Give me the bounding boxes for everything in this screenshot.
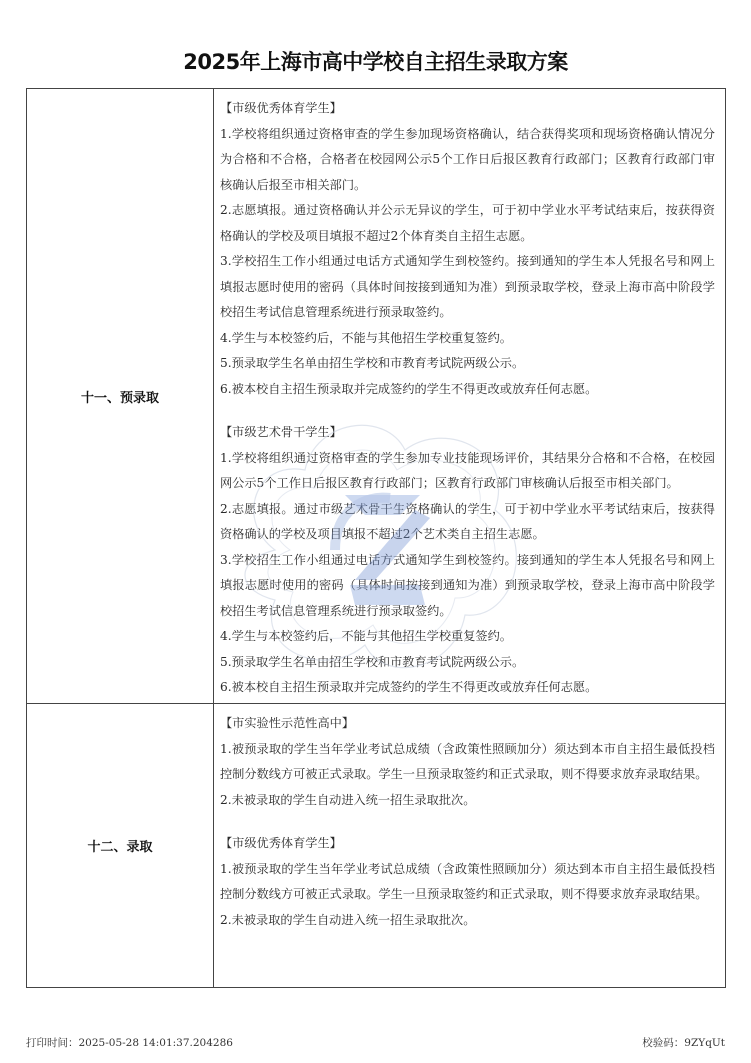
list-item: 1.被预录取的学生当年学业考试总成绩（含政策性照顾加分）须达到本市自主招生最低投… (220, 737, 715, 788)
row-label: 十二、录取 (27, 704, 214, 987)
list-item: 4.学生与本校签约后，不能与其他招生学校重复签约。 (220, 326, 715, 352)
list-item: 4.学生与本校签约后，不能与其他招生学校重复签约。 (220, 624, 715, 650)
row-content: 【市级优秀体育学生】 1.学校将组织通过资格审查的学生参加现场资格确认，结合获得… (214, 89, 725, 703)
list-item: 1.学校将组织通过资格审查的学生参加现场资格确认，结合获得奖项和现场资格确认情况… (220, 122, 715, 199)
list-item: 6.被本校自主招生预录取并完成签约的学生不得更改或放弃任何志愿。 (220, 675, 715, 701)
list-item: 2.未被录取的学生自动进入统一招生录取批次。 (220, 788, 715, 814)
group-arts: 【市级艺术骨干学生】 1.学校将组织通过资格审查的学生参加专业技能现场评价，其结… (220, 420, 715, 701)
list-item: 5.预录取学生名单由招生学校和市教育考试院两级公示。 (220, 650, 715, 676)
spacer (220, 402, 715, 420)
list-item: 6.被本校自主招生预录取并完成签约的学生不得更改或放弃任何志愿。 (220, 377, 715, 403)
group-sports-admission: 【市级优秀体育学生】 1.被预录取的学生当年学业考试总成绩（含政策性照顾加分）须… (220, 831, 715, 933)
list-item: 3.学校招生工作小组通过电话方式通知学生到校签约。接到通知的学生本人凭报名号和网… (220, 548, 715, 625)
list-item: 2.志愿填报。通过资格确认并公示无异议的学生，可于初中学业水平考试结束后，按获得… (220, 198, 715, 249)
group-heading: 【市级优秀体育学生】 (220, 96, 715, 122)
table-row-pre-admission: 十一、预录取 【市级优秀体育学生】 1.学校将组织通过资格审查的学生参加现场资格… (27, 89, 725, 704)
list-item: 2.志愿填报。通过市级艺术骨干生资格确认的学生，可于初中学业水平考试结束后，按获… (220, 497, 715, 548)
group-heading: 【市实验性示范性高中】 (220, 711, 715, 737)
print-time: 打印时间：2025-05-28 14:01:37.204286 (26, 1035, 233, 1050)
group-heading: 【市级优秀体育学生】 (220, 831, 715, 857)
table-row-admission: 十二、录取 【市实验性示范性高中】 1.被预录取的学生当年学业考试总成绩（含政策… (27, 704, 725, 987)
row-content: 【市实验性示范性高中】 1.被预录取的学生当年学业考试总成绩（含政策性照顾加分）… (214, 704, 725, 987)
list-item: 5.预录取学生名单由招生学校和市教育考试院两级公示。 (220, 351, 715, 377)
page-title: 2025年上海市高中学校自主招生录取方案 (0, 46, 751, 76)
list-item: 1.学校将组织通过资格审查的学生参加专业技能现场评价，其结果分合格和不合格，在校… (220, 446, 715, 497)
admission-table: 十一、预录取 【市级优秀体育学生】 1.学校将组织通过资格审查的学生参加现场资格… (26, 88, 726, 988)
group-heading: 【市级艺术骨干学生】 (220, 420, 715, 446)
group-demo-high-school: 【市实验性示范性高中】 1.被预录取的学生当年学业考试总成绩（含政策性照顾加分）… (220, 711, 715, 813)
spacer (220, 813, 715, 831)
row-label: 十一、预录取 (27, 89, 214, 703)
checksum: 校验码：9ZYqUt (642, 1035, 725, 1050)
group-sports: 【市级优秀体育学生】 1.学校将组织通过资格审查的学生参加现场资格确认，结合获得… (220, 96, 715, 402)
list-item: 3.学校招生工作小组通过电话方式通知学生到校签约。接到通知的学生本人凭报名号和网… (220, 249, 715, 326)
list-item: 1.被预录取的学生当年学业考试总成绩（含政策性照顾加分）须达到本市自主招生最低投… (220, 857, 715, 908)
list-item: 2.未被录取的学生自动进入统一招生录取批次。 (220, 908, 715, 934)
